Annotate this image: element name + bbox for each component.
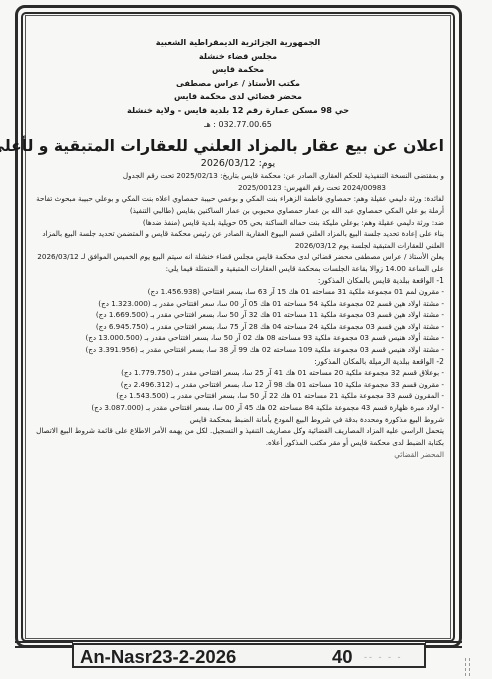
footer-connector-right: [425, 641, 462, 648]
announcement-title: اعلان عن بيع عقار بالمزاد العلني للعقارا…: [32, 137, 444, 155]
letterhead-line-council: مجلس قضاء خنشلة: [32, 50, 444, 64]
paragraph-beneficiaries: لفائدة: ورثة دليمي عقيلة وهم: حمصاوي فاط…: [32, 193, 444, 216]
letterhead-line-address: حي 98 مسكن عمارة رقم 12 بلدية قايس - ولا…: [32, 104, 444, 118]
section-title: 2- الواقعة ببلدية الرميلة بالمكان المذكو…: [32, 356, 444, 368]
property-item: - مقرون قسم 33 مجموعة ملكية 10 مساحته 01…: [32, 379, 444, 391]
property-item: - مشتة اولاد هين قسم 02 مجموعة ملكية 54 …: [32, 298, 444, 310]
letterhead-line-bailiff: محضر قضائي لدى محكمة قايس: [32, 90, 444, 104]
footer-connector-left: [15, 641, 73, 648]
closing-sale-conditions: شروط البيع مذكورة ومحددة بدقة في شروط ال…: [32, 414, 444, 426]
signature: المحضر القضائي: [32, 449, 444, 461]
letterhead-line-republic: الجمهورية الجزائرية الديمقراطية الشعبية: [32, 36, 444, 50]
paragraph-against: ضد: ورثة دليمي عقيلة وهم: بوعلي مليكة بن…: [32, 217, 444, 229]
letterhead: الجمهورية الجزائرية الديمقراطية الشعبية …: [32, 36, 444, 131]
publication-name: An-Nasr23-2-2026: [80, 646, 236, 668]
margin-mark: [465, 658, 470, 676]
property-item: - مقرون لمم 01 مجموعة ملكية 31 مساحته 01…: [32, 286, 444, 298]
announcement-date: يوم: 2026/03/12: [32, 158, 444, 170]
letterhead-line-office: مكتب الأستاذ / عراس مصطفى: [32, 77, 444, 91]
closing-fees-notice: يتحمل الراسي عليه المزاد المصاريف القضائ…: [32, 425, 444, 448]
section-title: 1- الواقعة ببلدية قايس بالمكان المذكور:: [32, 275, 444, 287]
section-rmila: 2- الواقعة ببلدية الرميلة بالمكان المذكو…: [32, 356, 444, 414]
paragraph-judgment: و بمقتضى النسخة التنفيذية للحكم العقاري …: [32, 170, 444, 182]
property-item: - مشتة اولاد هين قسم 03 مجموعة ملكية 24 …: [32, 321, 444, 333]
property-item: - مشتة أولاد هنيس قسم 03 مجموعة ملكية 93…: [32, 332, 444, 344]
letterhead-phone: 032.77.00.65 : هـ: [32, 118, 444, 132]
property-item: - المقرون قسم 33 مجموعة ملكية 21 مساحته …: [32, 390, 444, 402]
announcement-content: الجمهورية الجزائرية الديمقراطية الشعبية …: [32, 36, 444, 461]
property-item: - بوعلاق قسم 32 مجموعة ملكية 20 مساحته 0…: [32, 367, 444, 379]
paragraph-judgment-refs: 2024/00983 تحت رقم الفهرس: 2025/00123: [32, 182, 444, 194]
paragraph-rescheduling: بناء على إعادة تحديد جلسة البيع بالمزاد …: [32, 228, 444, 251]
page-number: 40: [332, 646, 353, 668]
property-item: - مشتة اولاد هنيس قسم 03 مجموعة ملكية 10…: [32, 344, 444, 356]
letterhead-line-court: محكمة قايس: [32, 63, 444, 77]
property-item: - مشتة اولاد هين قسم 03 مجموعة ملكية 11 …: [32, 309, 444, 321]
property-item: - اولاد مبرة ظهارة قسم 43 مجموعة ملكية 8…: [32, 402, 444, 414]
footer-dashes: -- - - -: [364, 652, 403, 662]
publication-footer: An-Nasr23-2-2026 40 -- - - -: [72, 643, 426, 668]
section-qais: 1- الواقعة ببلدية قايس بالمكان المذكور: …: [32, 275, 444, 356]
paragraph-announcement: يعلن الأستاذ / عراس مصطفى محضر قضائي لدى…: [32, 251, 444, 274]
